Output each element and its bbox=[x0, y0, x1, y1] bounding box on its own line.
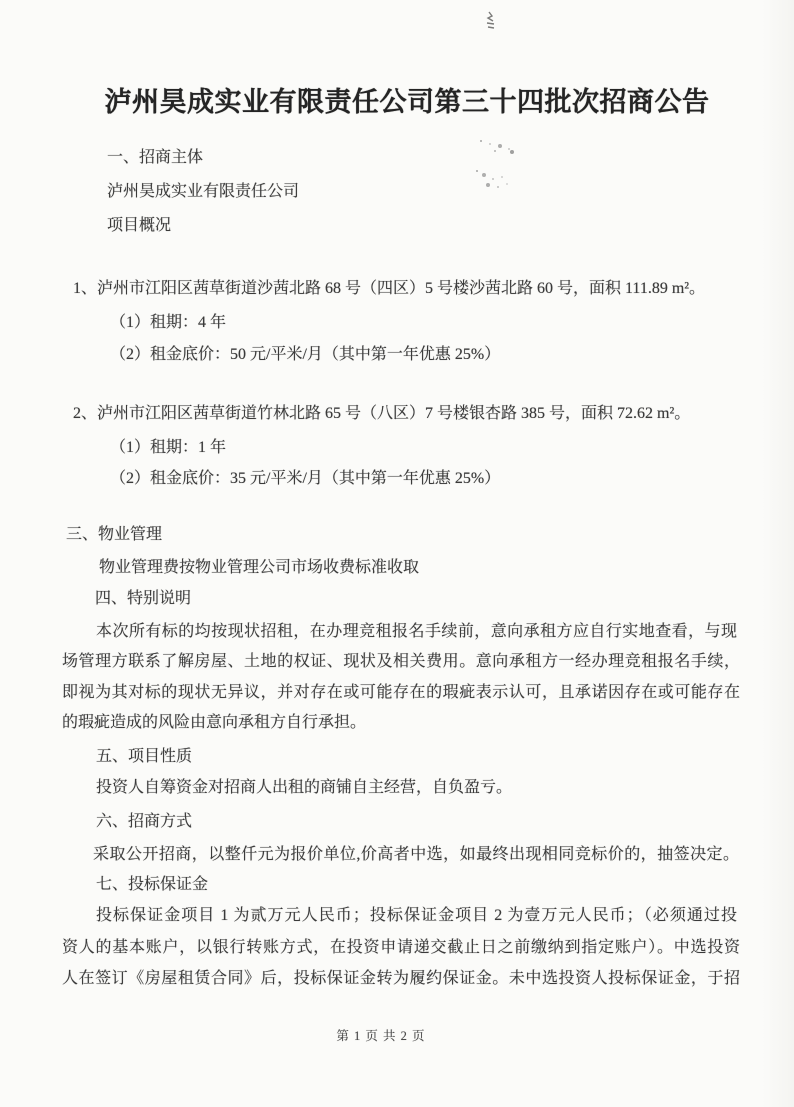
section-6-heading: 六、招商方式 bbox=[96, 812, 192, 832]
section-4-heading: 四、特别说明 bbox=[95, 589, 191, 609]
deposit-line-3: 人在签订《房屋租赁合同》后，投标保证金转为履约保证金。未中选投资人投标保证金，于… bbox=[62, 969, 740, 989]
deposit-line-2: 资人的基本账户，以银行转账方式，在投资申请递交截止日之前缴纳到指定账户）。中选投… bbox=[62, 938, 740, 958]
listing-1-price: （2）租金底价：50 元/平米/月（其中第一年优惠 25%） bbox=[110, 345, 500, 365]
scan-speckle-cluster bbox=[480, 140, 482, 142]
scan-speckle-cluster bbox=[476, 170, 478, 172]
special-note-line-2: 场管理方联系了解房屋、土地的权证、现状及相关费用。意向承租方一经办理竞租报名手续… bbox=[62, 652, 740, 672]
company-name: 泸州昊成实业有限责任公司 bbox=[107, 182, 299, 202]
listing-1-address: 1、泸州市江阳区茜草街道沙茜北路 68 号（四区）5 号楼沙茜北路 60 号，面… bbox=[73, 279, 705, 299]
listing-2-price: （2）租金底价：35 元/平米/月（其中第一年优惠 25%） bbox=[110, 469, 500, 489]
doc-title: 泸州昊成实业有限责任公司第三十四批次招商公告 bbox=[10, 80, 794, 119]
listing-2-term: （1）租期：1 年 bbox=[110, 438, 226, 458]
ink-smudge bbox=[483, 10, 499, 32]
listing-2-address: 2、泸州市江阳区茜草街道竹林北路 65 号（八区）7 号楼银杏路 385 号，面… bbox=[73, 404, 690, 424]
special-note-line-1: 本次所有标的均按现状招租，在办理竞租报名手续前，意向承租方应自行实地查看，与现 bbox=[96, 622, 737, 642]
special-note-line-3: 即视为其对标的现状无异议，并对存在或可能存在的瑕疵表示认可，且承诺因存在或可能存… bbox=[62, 683, 740, 703]
deposit-line-1: 投标保证金项目 1 为贰万元人民币；投标保证金项目 2 为壹万元人民币；（必须通… bbox=[96, 906, 737, 926]
bidding-method-body: 采取公开招商，以整仟元为报价单位,价高者中选，如最终出现相同竞标价的，抽签决定。 bbox=[93, 845, 739, 865]
project-nature-body: 投资人自筹资金对招商人出租的商铺自主经营，自负盈亏。 bbox=[96, 778, 512, 798]
special-note-line-4: 的瑕疵造成的风险由意向承租方自行承担。 bbox=[62, 713, 366, 733]
section-5-heading: 五、项目性质 bbox=[96, 747, 192, 767]
listing-1-term: （1）租期：4 年 bbox=[110, 313, 226, 333]
section-1-heading: 一、招商主体 bbox=[107, 148, 203, 168]
page-number-footer: 第 1 页 共 2 页 bbox=[0, 1026, 778, 1044]
section-3-heading: 三、物业管理 bbox=[66, 525, 162, 545]
project-overview-label: 项目概况 bbox=[107, 216, 171, 236]
property-mgmt-body: 物业管理费按物业管理公司市场收费标准收取 bbox=[99, 558, 419, 578]
scanned-page: 泸州昊成实业有限责任公司第三十四批次招商公告 一、招商主体 泸州昊成实业有限责任… bbox=[0, 0, 794, 1107]
section-7-heading: 七、投标保证金 bbox=[96, 875, 208, 895]
